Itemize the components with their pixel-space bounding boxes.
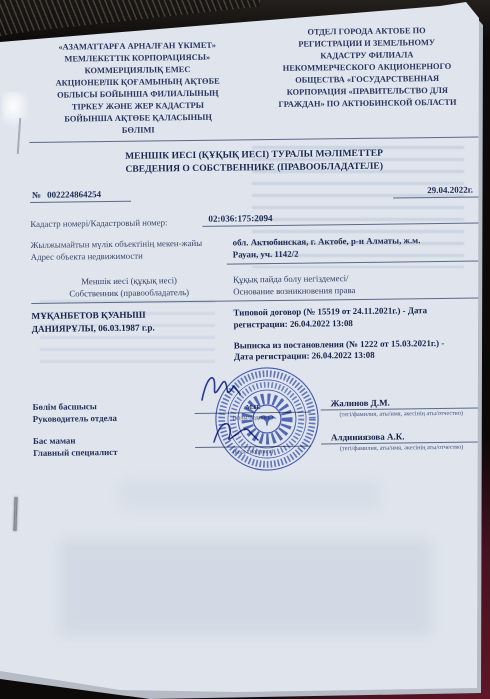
owner-column-header: Меншік иесі (құқық иесі) Собственник (пр… xyxy=(31,275,227,300)
staple xyxy=(13,497,17,531)
document-number-value: 002224864254 xyxy=(47,189,101,200)
basis-item: Выписка из постановления (№ 1222 от 15.0… xyxy=(234,337,481,364)
cadastral-value: 02:036:175:2094 xyxy=(202,211,479,227)
document-title: МЕНШІК ИЕСІ (ҚҰҚЫҚ ИЕСІ) ТУРАЛЫ МӘЛІМЕТТ… xyxy=(29,147,478,177)
photo-background: { "photo": { "background_color": "#0d0b0… xyxy=(0,0,490,699)
number-sign: № xyxy=(32,190,41,200)
bleed-through-shading xyxy=(60,540,430,635)
basis-item: Типовой договор (№ 15519 от 24.11.2021г.… xyxy=(233,304,480,331)
org-header-russian: ОТДЕЛ ГОРОДА АКТОБЕ ПО РЕГИСТРАЦИИ И ЗЕМ… xyxy=(256,25,478,112)
address-value: обл. Актюбинская, г. Актобе, р-н Алматы,… xyxy=(227,234,480,264)
address-label: Жылжымайтын мүлік объектінің мекен-жайы … xyxy=(31,238,227,267)
signatory-name-area: Алдиниязова А.К. (тегі/фамилия, аты/имя,… xyxy=(311,430,482,456)
address-row: Жылжымайтын мүлік объектінің мекен-жайы … xyxy=(31,234,480,266)
owner-name: МҰҚАНБЕТОВ ҚУАНЫШ ДАНИЯРҰЛЫ, 06.03.1987 … xyxy=(31,308,228,376)
number-date-row: №002224864254 29.04.2022г. xyxy=(30,185,479,203)
document-date: 29.04.2022г. xyxy=(393,185,479,199)
document-number: №002224864254 xyxy=(30,189,131,203)
cadastral-row: Кадастр номері/Кадастровый номер: 02:036… xyxy=(30,211,479,229)
org-header-kazakh: «АЗАМАТТАРҒА АРНАЛҒАН ҮКІМЕТ» МЕМЛЕКЕТТІ… xyxy=(28,39,247,138)
signatory-name-area: Жалинов Д.М. (тегі/фамилия, аты/имя, әке… xyxy=(311,396,482,422)
name-caption: (тегі/фамилия, аты/имя, әкесінің аты/отч… xyxy=(321,444,482,453)
signatory-name: Жалинов Д.М. xyxy=(321,396,482,411)
glare-highlight xyxy=(2,92,30,128)
table-header-row: Меншік иесі (құқық иесі) Собственник (пр… xyxy=(31,271,480,303)
handwritten-signature xyxy=(210,416,274,448)
name-caption: (тегі/фамилия, аты/имя, әкесінің аты/отч… xyxy=(321,410,482,419)
signatory-name: Алдиниязова А.К. xyxy=(321,430,482,445)
role-label: Бөлім басшысы Руководитель отдела xyxy=(33,399,195,425)
role-label: Бас маман Главный специалист xyxy=(33,433,195,459)
handwritten-signature xyxy=(196,372,268,408)
letterhead: «АЗАМАТТАРҒА АРНАЛҒАН ҮКІМЕТ» МЕМЛЕКЕТТІ… xyxy=(28,25,478,138)
bleed-through-shading xyxy=(120,480,380,510)
header-divider xyxy=(29,137,478,143)
basis-column-header: Құқық пайда болу негіздемесі/ Основание … xyxy=(227,271,480,297)
paper-sheet: «АЗАМАТТАРҒА АРНАЛҒАН ҮКІМЕТ» МЕМЛЕКЕТТІ… xyxy=(0,0,490,699)
cadastral-label: Кадастр номері/Кадастровый номер: xyxy=(30,217,202,229)
